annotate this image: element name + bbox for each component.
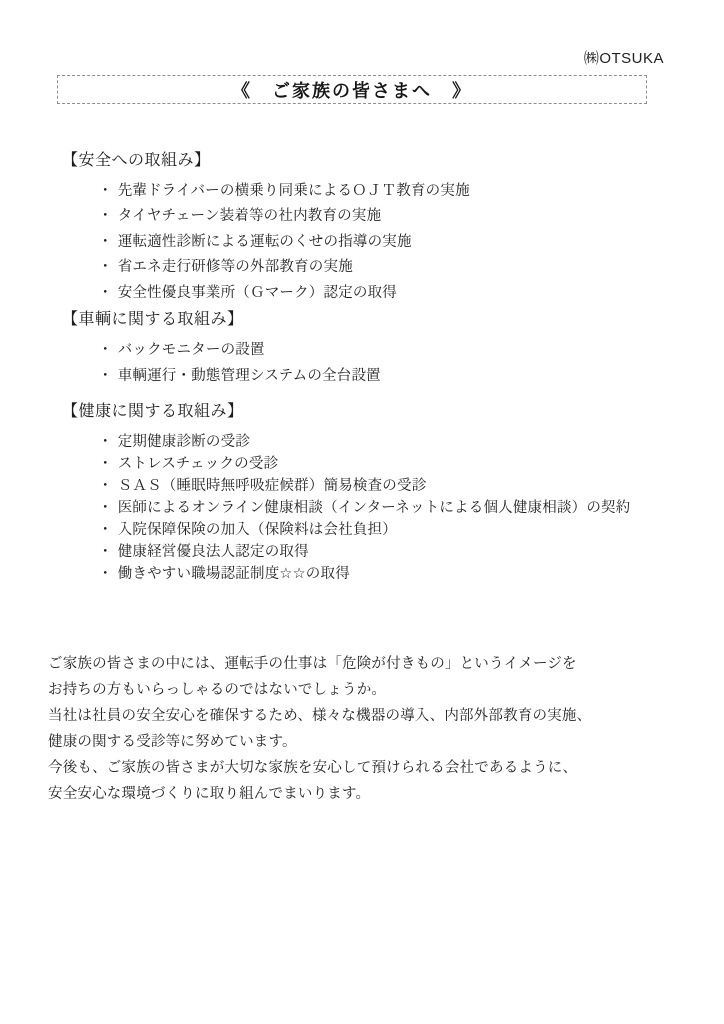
closing-paragraph: ご家族の皆さまの中には、運転手の仕事は「危険が付きもの」というイメージを お持ち… — [48, 651, 694, 807]
list-item-text: 車輌運行・動態管理システムの全台設置 — [118, 363, 381, 389]
paragraph-line: 安全安心な環境づくりに取り組んでまいります。 — [48, 781, 694, 807]
vehicles-bullet-list: ・バックモニターの設置 ・車輌運行・動態管理システムの全台設置 — [62, 337, 694, 389]
list-item-text: 健康経営優良法人認定の取得 — [118, 541, 309, 563]
bullet-dot: ・ — [98, 453, 113, 475]
list-item-text: バックモニターの設置 — [118, 337, 265, 363]
paragraph-line: お持ちの方もいらっしゃるのではないでしょうか。 — [48, 677, 694, 703]
list-item: ・働きやすい職場認証制度☆☆の取得 — [98, 563, 694, 585]
list-item: ・車輌運行・動態管理システムの全台設置 — [98, 363, 694, 389]
section-health-heading: 【健康に関する取組み】 — [62, 401, 694, 423]
paragraph-line: ご家族の皆さまの中には、運転手の仕事は「危険が付きもの」というイメージを — [48, 651, 694, 677]
list-item: ・安全性優良事業所（Ｇマーク）認定の取得 — [98, 281, 694, 306]
list-item: ・省エネ走行研修等の外部教育の実施 — [98, 255, 694, 280]
page-title: 《 ご家族の皆さまへ 》 — [232, 77, 472, 103]
list-item-text: 安全性優良事業所（Ｇマーク）認定の取得 — [118, 281, 397, 306]
bullet-dot: ・ — [98, 431, 113, 453]
bullet-dot: ・ — [98, 563, 113, 585]
list-item-text: 定期健康診断の受診 — [118, 431, 250, 453]
list-item-text: タイヤチェーン装着等の社内教育の実施 — [118, 204, 382, 229]
list-item-text: ＳＡＳ（睡眠時無呼吸症候群）簡易検査の受診 — [118, 475, 427, 497]
list-item: ・タイヤチェーン装着等の社内教育の実施 — [98, 204, 694, 229]
section-vehicles-heading: 【車輌に関する取組み】 — [62, 309, 694, 331]
list-item-text: 省エネ走行研修等の外部教育の実施 — [118, 255, 353, 280]
bullet-dot: ・ — [98, 541, 113, 563]
list-item: ・定期健康診断の受診 — [98, 431, 694, 453]
list-item: ・運転適性診断による運転のくせの指導の実施 — [98, 230, 694, 255]
list-item: ・入院保障保険の加入（保険料は会社負担） — [98, 519, 694, 541]
bullet-dot: ・ — [98, 475, 113, 497]
section-vehicles: 【車輌に関する取組み】 ・バックモニターの設置 ・車輌運行・動態管理システムの全… — [62, 309, 694, 389]
section-health: 【健康に関する取組み】 ・定期健康診断の受診 ・ストレスチェックの受診 ・ＳＡＳ… — [62, 401, 694, 585]
safety-bullet-list: ・先輩ドライバーの横乗り同乗によるＯＪＴ教育の実施 ・タイヤチェーン装着等の社内… — [62, 179, 694, 306]
list-item: ・先輩ドライバーの横乗り同乗によるＯＪＴ教育の実施 — [98, 179, 694, 204]
list-item-text: 先輩ドライバーの横乗り同乗によるＯＪＴ教育の実施 — [118, 179, 470, 204]
paragraph-line: 今後も、ご家族の皆さまが大切な家族を安心して預けられる会社であるように、 — [48, 755, 694, 781]
paragraph-line: 健康の関する受診等に努めています。 — [48, 729, 694, 755]
title-box: 《 ご家族の皆さまへ 》 — [57, 75, 647, 104]
paragraph-line: 当社は社員の安全安心を確保するため、様々な機器の導入、内部外部教育の実施、 — [48, 703, 694, 729]
bullet-dot: ・ — [98, 230, 113, 255]
list-item: ・ＳＡＳ（睡眠時無呼吸症候群）簡易検査の受診 — [98, 475, 694, 497]
list-item-text: 働きやすい職場認証制度☆☆の取得 — [118, 563, 350, 585]
bullet-dot: ・ — [98, 519, 113, 541]
health-bullet-list: ・定期健康診断の受診 ・ストレスチェックの受診 ・ＳＡＳ（睡眠時無呼吸症候群）簡… — [62, 431, 694, 585]
bullet-dot: ・ — [98, 497, 113, 519]
bullet-dot: ・ — [98, 363, 113, 389]
bullet-dot: ・ — [98, 281, 113, 306]
document-page: ㈱OTSUKA 《 ご家族の皆さまへ 》 【安全への取組み】 ・先輩ドライバーの… — [0, 0, 724, 1024]
bullet-dot: ・ — [98, 337, 113, 363]
section-safety: 【安全への取組み】 ・先輩ドライバーの横乗り同乗によるＯＪＴ教育の実施 ・タイヤ… — [62, 150, 694, 306]
list-item: ・ストレスチェックの受診 — [98, 453, 694, 475]
list-item-text: 運転適性診断による運転のくせの指導の実施 — [118, 230, 412, 255]
list-item-text: 医師によるオンライン健康相談（インターネットによる個人健康相談）の契約 — [118, 497, 631, 519]
company-label: ㈱OTSUKA — [584, 47, 664, 68]
bullet-dot: ・ — [98, 204, 113, 229]
list-item: ・バックモニターの設置 — [98, 337, 694, 363]
list-item-text: ストレスチェックの受診 — [118, 453, 279, 475]
bullet-dot: ・ — [98, 179, 113, 204]
list-item: ・健康経営優良法人認定の取得 — [98, 541, 694, 563]
section-safety-heading: 【安全への取組み】 — [62, 150, 694, 172]
bullet-dot: ・ — [98, 255, 113, 280]
list-item: ・医師によるオンライン健康相談（インターネットによる個人健康相談）の契約 — [98, 497, 694, 519]
list-item-text: 入院保障保険の加入（保険料は会社負担） — [118, 519, 397, 541]
